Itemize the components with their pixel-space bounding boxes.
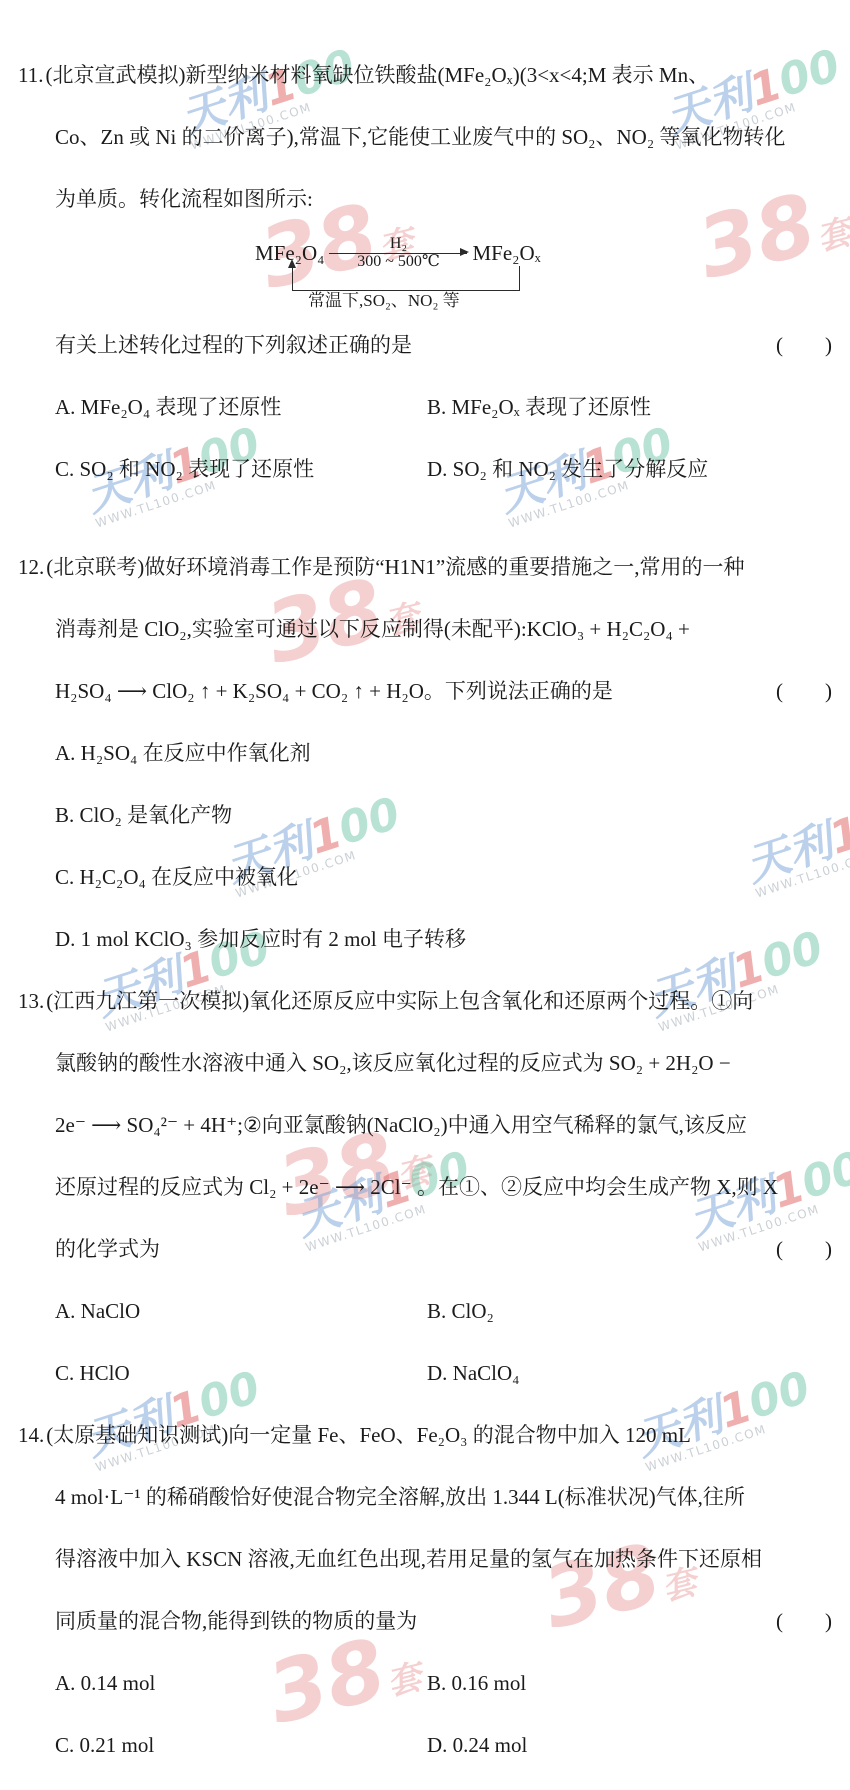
question-13-line-4: 还原过程的反应式为 Cl₂ + 2e⁻ ⟶ 2Cl⁻ 。在①、②反应中均会生成产… — [0, 1156, 850, 1218]
option-b: B. MFe₂Oₓ 表现了还原性 — [427, 376, 651, 438]
question-11-options-ab: A. MFe₂O₄ 表现了还原性 B. MFe₂Oₓ 表现了还原性 — [0, 376, 850, 438]
option-d: D. 0.24 mol — [427, 1714, 527, 1776]
answer-bracket: ( ) — [776, 1218, 832, 1280]
arrow-condition-top: H₂ — [390, 236, 407, 253]
question-14-options-cd: C. 0.21 mol D. 0.24 mol — [0, 1714, 850, 1776]
conversion-flow-diagram: MFe₂O₄ H₂ 300 ~ 500℃ MFe₂Oₓ 常温下,SO₂、NO₂ … — [0, 230, 850, 314]
option-c: C. 0.21 mol — [55, 1714, 427, 1776]
question-11-line-1: 11.(北京宣武模拟)新型纳米材料氧缺位铁酸盐(MFe₂Oₓ)(3<x<4;M … — [0, 44, 850, 106]
option-a: A. NaClO — [55, 1280, 427, 1342]
exam-page: { "page": { "background": "#ffffff", "te… — [0, 0, 850, 1790]
return-path-label: 常温下,SO₂、NO₂ 等 — [308, 292, 460, 309]
option-b: B. ClO₂ 是氧化产物 — [55, 803, 232, 827]
option-d: D. 1 mol KClO₃ 参加反应时有 2 mol 电子转移 — [55, 927, 466, 951]
question-11-stem: 有关上述转化过程的下列叙述正确的是( ) — [0, 314, 850, 376]
question-11-line-3: 为单质。转化流程如图所示: — [0, 168, 850, 230]
option-c: C. SO₂ 和 NO₂ 表现了还原性 — [55, 438, 427, 500]
question-13-line-5: 的化学式为( ) — [0, 1218, 850, 1280]
option-b: B. ClO₂ — [427, 1280, 494, 1342]
question-13-line-1: 13.(江西九江第一次模拟)氧化还原反应中实际上包含氧化和还原两个过程。①向 — [0, 970, 850, 1032]
question-13-options-ab: A. NaClO B. ClO₂ — [0, 1280, 850, 1342]
question-12-option-c: C. H₂C₂O₄ 在反应中被氧化 — [0, 846, 850, 908]
question-12-line-2: 消毒剂是 ClO₂,实验室可通过以下反应制得(未配平):KClO₃ + H₂C₂… — [0, 598, 850, 660]
question-text: (北京宣武模拟)新型纳米材料氧缺位铁酸盐(MFe₂Oₓ)(3<x<4;M 表示 … — [45, 63, 709, 87]
arrowhead-right-icon — [460, 248, 469, 256]
question-text: (北京联考)做好环境消毒工作是预防“H1N1”流感的重要措施之一,常用的一种 — [46, 555, 744, 579]
question-13-line-2: 氯酸钠的酸性水溶液中通入 SO₂,该反应氧化过程的反应式为 SO₂ + 2H₂O… — [0, 1032, 850, 1094]
question-number: 14. — [18, 1423, 44, 1447]
question-14-line-2: 4 mol·L⁻¹ 的稀硝酸恰好使混合物完全溶解,放出 1.344 L(标准状况… — [0, 1466, 850, 1528]
question-13-options-cd: C. HClO D. NaClO₄ — [0, 1342, 850, 1404]
answer-bracket: ( ) — [776, 660, 832, 722]
question-number: 12. — [18, 555, 44, 579]
option-d: D. SO₂ 和 NO₂ 发生了分解反应 — [427, 438, 708, 500]
question-12-option-d: D. 1 mol KClO₃ 参加反应时有 2 mol 电子转移 — [0, 908, 850, 970]
question-13-line-3: 2e⁻ ⟶ SO₄²⁻ + 4H⁺;②向亚氯酸钠(NaClO₂)中通入用空气稀释… — [0, 1094, 850, 1156]
option-d: D. NaClO₄ — [427, 1342, 519, 1404]
question-14-line-1: 14.(太原基础知识测试)向一定量 Fe、FeO、Fe₂O₃ 的混合物中加入 1… — [0, 1404, 850, 1466]
question-number: 11. — [18, 63, 43, 87]
option-c: C. HClO — [55, 1342, 427, 1404]
diagram-left-formula: MFe₂O₄ — [255, 243, 324, 264]
option-a: A. MFe₂O₄ 表现了还原性 — [55, 376, 427, 438]
question-text: (太原基础知识测试)向一定量 Fe、FeO、Fe₂O₃ 的混合物中加入 120 … — [46, 1423, 691, 1447]
question-13: 13.(江西九江第一次模拟)氧化还原反应中实际上包含氧化和还原两个过程。①向 氯… — [0, 970, 850, 1404]
question-12-option-a: A. H₂SO₄ 在反应中作氧化剂 — [0, 722, 850, 784]
option-b: B. 0.16 mol — [427, 1652, 526, 1714]
answer-bracket: ( ) — [776, 314, 832, 376]
question-number: 13. — [18, 989, 44, 1013]
question-12-line-3: H₂SO₄ ⟶ ClO₂ ↑ + K₂SO₄ + CO₂ ↑ + H₂O。下列说… — [0, 660, 850, 722]
question-11-line-2: Co、Zn 或 Ni 的二价离子),常温下,它能使工业废气中的 SO₂、NO₂ … — [0, 106, 850, 168]
diagram-right-formula: MFe₂Oₓ — [472, 243, 540, 264]
question-14-line-4: 同质量的混合物,能得到铁的物质的量为( ) — [0, 1590, 850, 1652]
option-c: C. H₂C₂O₄ 在反应中被氧化 — [55, 865, 298, 889]
arrow-line — [329, 253, 467, 254]
question-12-line-1: 12.(北京联考)做好环境消毒工作是预防“H1N1”流感的重要措施之一,常用的一… — [0, 536, 850, 598]
answer-bracket: ( ) — [776, 1590, 832, 1652]
question-14-line-3: 得溶液中加入 KSCN 溶液,无血红色出现,若用足量的氢气在加热条件下还原相 — [0, 1528, 850, 1590]
question-text: (江西九江第一次模拟)氧化还原反应中实际上包含氧化和还原两个过程。①向 — [46, 989, 753, 1013]
option-a: A. 0.14 mol — [55, 1652, 427, 1714]
question-14-options-ab: A. 0.14 mol B. 0.16 mol — [0, 1652, 850, 1714]
question-14: 14.(太原基础知识测试)向一定量 Fe、FeO、Fe₂O₃ 的混合物中加入 1… — [0, 1404, 850, 1776]
option-a: A. H₂SO₄ 在反应中作氧化剂 — [55, 741, 311, 765]
question-11-options-cd: C. SO₂ 和 NO₂ 表现了还原性 D. SO₂ 和 NO₂ 发生了分解反应 — [0, 438, 850, 500]
forward-arrow: H₂ 300 ~ 500℃ — [329, 236, 467, 271]
question-11: 11.(北京宣武模拟)新型纳米材料氧缺位铁酸盐(MFe₂Oₓ)(3<x<4;M … — [0, 44, 850, 500]
question-list: 11.(北京宣武模拟)新型纳米材料氧缺位铁酸盐(MFe₂Oₓ)(3<x<4;M … — [0, 0, 850, 1776]
question-12: 12.(北京联考)做好环境消毒工作是预防“H1N1”流感的重要措施之一,常用的一… — [0, 536, 850, 970]
question-12-option-b: B. ClO₂ 是氧化产物 — [0, 784, 850, 846]
arrow-condition-bottom: 300 ~ 500℃ — [357, 254, 440, 271]
